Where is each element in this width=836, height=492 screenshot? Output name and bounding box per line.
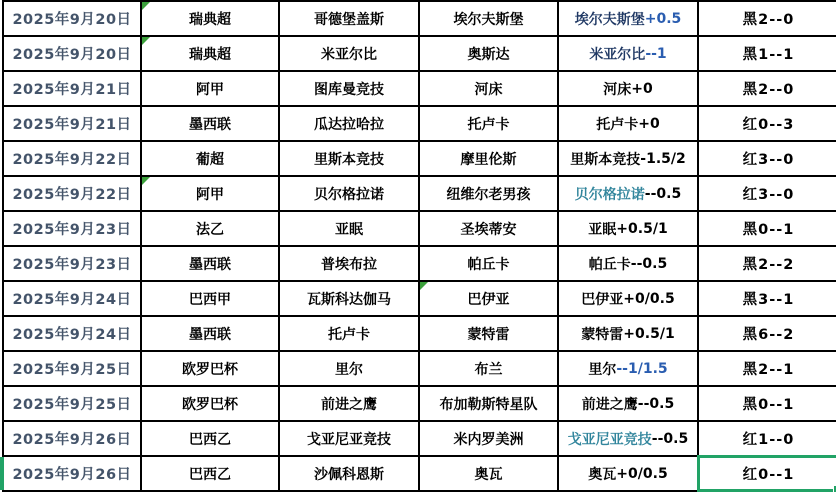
cell-text: 2025年9月20日 — [12, 8, 131, 29]
cell-text: 欧罗巴杯 — [182, 394, 238, 414]
cell-text: 托卢卡 — [328, 324, 370, 344]
cell-text: 2025年9月26日 — [12, 428, 131, 449]
home-team-cell[interactable]: 里尔 — [280, 352, 420, 387]
cell-text: --1/1.5 — [616, 361, 667, 377]
result-cell[interactable]: 黑2--2 — [699, 247, 836, 282]
home-team-cell[interactable]: 里斯本竞技 — [280, 142, 420, 177]
home-team-cell[interactable]: 戈亚尼亚竞技 — [280, 422, 420, 457]
cell-text: 2025年9月24日 — [12, 288, 131, 309]
cell-text: 哥德堡盖斯 — [314, 9, 384, 29]
cell-text: 红3--0 — [743, 183, 795, 204]
cell-text: 墨西联 — [189, 254, 231, 274]
cell-text: +0/0.5 — [623, 291, 674, 307]
spreadsheet-screen: 2025年9月20日瑞典超哥德堡盖斯埃尔夫斯堡埃尔夫斯堡+0.5黑2--0202… — [0, 0, 836, 492]
cell-flag-triangle-icon — [142, 177, 150, 185]
handicap-cell[interactable]: 贝尔格拉诺--0.5 — [559, 177, 699, 212]
cell-text: 瑞典超 — [189, 44, 231, 64]
date-cell[interactable]: 2025年9月20日 — [4, 37, 142, 72]
date-cell[interactable]: 2025年9月22日 — [4, 177, 142, 212]
cell-text: 黑6--2 — [743, 323, 795, 344]
result-cell[interactable]: 红0--3 — [699, 107, 836, 142]
cell-text: 红0--1 — [743, 463, 795, 484]
league-cell[interactable]: 巴西乙 — [142, 457, 280, 492]
cell-text: 图库曼竞技 — [314, 79, 384, 99]
away-team-cell[interactable]: 纽维尔老男孩 — [420, 177, 559, 212]
cell-text: 黑2--0 — [743, 78, 795, 99]
cell-text: 河床 — [603, 79, 631, 99]
cell-text: 黑3--1 — [743, 288, 795, 309]
home-team-cell[interactable]: 图库曼竞技 — [280, 72, 420, 107]
cell-text: 2025年9月25日 — [12, 358, 131, 379]
cell-text: 2025年9月21日 — [12, 78, 131, 99]
date-cell[interactable]: 2025年9月24日 — [4, 317, 142, 352]
cell-text: 奥瓦 — [475, 464, 503, 484]
cell-text: --1 — [645, 46, 666, 62]
handicap-cell[interactable]: 米亚尔比--1 — [559, 37, 699, 72]
cell-text: 瑞典超 — [189, 9, 231, 29]
away-team-cell[interactable]: 巴伊亚 — [420, 282, 559, 317]
cell-text: +0.5/1 — [623, 326, 674, 342]
cell-flag-triangle-icon — [142, 37, 150, 45]
cell-text: 里斯本竞技 — [314, 149, 384, 169]
cell-text: 托卢卡 — [468, 114, 510, 134]
handicap-cell[interactable]: 河床+0 — [559, 72, 699, 107]
cell-text: 巴伊亚 — [468, 289, 510, 309]
date-cell[interactable]: 2025年9月22日 — [4, 142, 142, 177]
home-team-cell[interactable]: 瓦斯科达伽马 — [280, 282, 420, 317]
league-cell[interactable]: 法乙 — [142, 212, 280, 247]
cell-text: 亚眠 — [335, 219, 363, 239]
cell-text: 2025年9月26日 — [12, 463, 131, 484]
cell-text: 阿甲 — [196, 79, 224, 99]
home-team-cell[interactable]: 前进之鹰 — [280, 387, 420, 422]
away-team-cell[interactable]: 奥斯达 — [420, 37, 559, 72]
cell-text: 前进之鹰 — [321, 394, 377, 414]
home-team-cell[interactable]: 米亚尔比 — [280, 37, 420, 72]
away-team-cell[interactable]: 布加勒斯特星队 — [420, 387, 559, 422]
away-team-cell[interactable]: 帕丘卡 — [420, 247, 559, 282]
result-cell[interactable]: 黑2--1 — [699, 352, 836, 387]
cell-text: 戈亚尼亚竞技 — [307, 429, 391, 449]
handicap-cell[interactable]: 里尔--1/1.5 — [559, 352, 699, 387]
cell-text: --0.5 — [652, 431, 688, 447]
cell-text: --0.5 — [638, 396, 674, 412]
cell-text: 里尔 — [588, 359, 616, 379]
handicap-cell[interactable]: 奥瓦+0/0.5 — [559, 457, 699, 492]
handicap-cell[interactable]: 托卢卡+0 — [559, 107, 699, 142]
league-cell[interactable]: 葡超 — [142, 142, 280, 177]
cell-text: 巴西甲 — [189, 289, 231, 309]
league-cell[interactable]: 瑞典超 — [142, 2, 280, 37]
cell-flag-triangle-icon — [142, 2, 150, 10]
cell-text: 黑2--0 — [743, 8, 795, 29]
cell-text: 2025年9月25日 — [12, 393, 131, 414]
cell-flag-triangle-icon — [420, 282, 428, 290]
cell-text: 普埃布拉 — [321, 254, 377, 274]
league-cell[interactable]: 墨西联 — [142, 317, 280, 352]
cell-text: 瓜达拉哈拉 — [314, 114, 384, 134]
cell-text: 托卢卡 — [596, 114, 638, 134]
league-cell[interactable]: 墨西联 — [142, 247, 280, 282]
home-team-cell[interactable]: 沙佩科恩斯 — [280, 457, 420, 492]
cell-text: 亚眠 — [588, 219, 616, 239]
league-cell[interactable]: 巴西乙 — [142, 422, 280, 457]
cell-text: 河床 — [475, 79, 503, 99]
cell-text: 巴伊亚 — [581, 289, 623, 309]
cell-text: +0.5 — [645, 11, 682, 27]
cell-text: 墨西联 — [189, 114, 231, 134]
cell-text: 2025年9月23日 — [12, 218, 131, 239]
cell-text: 法乙 — [196, 219, 224, 239]
cell-text: +0 — [638, 116, 659, 132]
league-cell[interactable]: 欧罗巴杯 — [142, 387, 280, 422]
cell-text: 阿甲 — [196, 184, 224, 204]
cell-text: 2025年9月24日 — [12, 323, 131, 344]
cell-text: 蒙特雷 — [468, 324, 510, 344]
cell-text: 帕丘卡 — [589, 254, 631, 274]
result-cell[interactable]: 黑2--0 — [699, 2, 836, 37]
cell-text: 墨西联 — [189, 324, 231, 344]
cell-text: 戈亚尼亚竞技 — [568, 429, 652, 449]
cell-text: 贝尔格拉诺 — [314, 184, 384, 204]
cell-text: --0.5 — [631, 256, 667, 272]
result-cell[interactable]: 黑6--2 — [699, 317, 836, 352]
handicap-cell[interactable]: 帕丘卡--0.5 — [559, 247, 699, 282]
row-selection-strip — [0, 457, 4, 490]
cell-text: 黑2--1 — [743, 358, 795, 379]
away-team-cell[interactable]: 奥瓦 — [420, 457, 559, 492]
date-cell[interactable]: 2025年9月21日 — [4, 107, 142, 142]
match-table: 2025年9月20日瑞典超哥德堡盖斯埃尔夫斯堡埃尔夫斯堡+0.5黑2--0202… — [2, 0, 836, 492]
result-cell[interactable]: 红3--0 — [699, 177, 836, 212]
away-team-cell[interactable]: 摩里伦斯 — [420, 142, 559, 177]
cell-text: 奥斯达 — [468, 44, 510, 64]
date-cell[interactable]: 2025年9月25日 — [4, 387, 142, 422]
handicap-cell[interactable]: 蒙特雷+0.5/1 — [559, 317, 699, 352]
cell-text: 2025年9月20日 — [12, 43, 131, 64]
result-cell[interactable]: 黑3--1 — [699, 282, 836, 317]
cell-text: 摩里伦斯 — [461, 149, 517, 169]
league-cell[interactable]: 墨西联 — [142, 107, 280, 142]
away-team-cell[interactable]: 蒙特雷 — [420, 317, 559, 352]
league-cell[interactable]: 阿甲 — [142, 177, 280, 212]
league-cell[interactable]: 瑞典超 — [142, 37, 280, 72]
result-cell[interactable]: 黑0--1 — [699, 212, 836, 247]
cell-text: 红0--3 — [743, 113, 795, 134]
home-team-cell[interactable]: 瓜达拉哈拉 — [280, 107, 420, 142]
cell-text: 布加勒斯特星队 — [440, 394, 538, 414]
home-team-cell[interactable]: 亚眠 — [280, 212, 420, 247]
cell-text: -1.5/2 — [640, 151, 685, 167]
date-cell[interactable]: 2025年9月26日 — [4, 457, 142, 492]
date-cell[interactable]: 2025年9月21日 — [4, 72, 142, 107]
home-team-cell[interactable]: 托卢卡 — [280, 317, 420, 352]
handicap-cell[interactable]: 巴伊亚+0/0.5 — [559, 282, 699, 317]
cell-text: 埃尔夫斯堡 — [575, 9, 645, 29]
away-team-cell[interactable]: 埃尔夫斯堡 — [420, 2, 559, 37]
cell-text: 里斯本竞技 — [570, 149, 640, 169]
cell-text: 瓦斯科达伽马 — [307, 289, 391, 309]
cell-text: 前进之鹰 — [582, 394, 638, 414]
home-team-cell[interactable]: 普埃布拉 — [280, 247, 420, 282]
cell-text: 葡超 — [196, 149, 224, 169]
cell-text: 红1--0 — [743, 428, 795, 449]
handicap-cell[interactable]: 里斯本竞技-1.5/2 — [559, 142, 699, 177]
cell-text: 黑1--1 — [743, 43, 795, 64]
away-team-cell[interactable]: 米内罗美洲 — [420, 422, 559, 457]
cell-text: +0 — [631, 81, 652, 97]
league-cell[interactable]: 阿甲 — [142, 72, 280, 107]
cell-text: 巴西乙 — [189, 429, 231, 449]
cell-text: 2025年9月23日 — [12, 253, 131, 274]
away-team-cell[interactable]: 圣埃蒂安 — [420, 212, 559, 247]
handicap-cell[interactable]: 亚眠+0.5/1 — [559, 212, 699, 247]
handicap-cell[interactable]: 前进之鹰 --0.5 — [559, 387, 699, 422]
cell-text: 纽维尔老男孩 — [447, 184, 531, 204]
home-team-cell[interactable]: 哥德堡盖斯 — [280, 2, 420, 37]
date-cell[interactable]: 2025年9月25日 — [4, 352, 142, 387]
date-cell[interactable]: 2025年9月24日 — [4, 282, 142, 317]
date-cell[interactable]: 2025年9月23日 — [4, 247, 142, 282]
cell-text: 圣埃蒂安 — [461, 219, 517, 239]
cell-text: 2025年9月21日 — [12, 113, 131, 134]
cell-text: 2025年9月22日 — [12, 148, 131, 169]
cell-text: 贝尔格拉诺 — [575, 184, 645, 204]
result-cell[interactable]: 黑1--1 — [699, 37, 836, 72]
handicap-cell[interactable]: 埃尔夫斯堡+0.5 — [559, 2, 699, 37]
cell-text: 欧罗巴杯 — [182, 359, 238, 379]
result-cell[interactable]: 红0--1 — [699, 457, 836, 492]
date-cell[interactable]: 2025年9月23日 — [4, 212, 142, 247]
handicap-cell[interactable]: 戈亚尼亚竞技--0.5 — [559, 422, 699, 457]
cell-text: 埃尔夫斯堡 — [454, 9, 524, 29]
cell-text: 布兰 — [475, 359, 503, 379]
cell-text: 黑0--1 — [743, 393, 795, 414]
result-cell[interactable]: 黑0--1 — [699, 387, 836, 422]
cell-text: 黑2--2 — [743, 253, 795, 274]
home-team-cell[interactable]: 贝尔格拉诺 — [280, 177, 420, 212]
cell-text: 米亚尔比 — [321, 44, 377, 64]
cell-text: 红3--0 — [743, 148, 795, 169]
cell-text: 奥瓦 — [588, 464, 616, 484]
result-cell[interactable]: 红3--0 — [699, 142, 836, 177]
cell-text: --0.5 — [645, 186, 681, 202]
cell-text: 黑0--1 — [743, 218, 795, 239]
cell-text: 2025年9月22日 — [12, 183, 131, 204]
result-cell[interactable]: 黑2--0 — [699, 72, 836, 107]
away-team-cell[interactable]: 布兰 — [420, 352, 559, 387]
league-cell[interactable]: 巴西甲 — [142, 282, 280, 317]
cell-text: 沙佩科恩斯 — [314, 464, 384, 484]
league-cell[interactable]: 欧罗巴杯 — [142, 352, 280, 387]
cell-text: 米亚尔比 — [589, 44, 645, 64]
cell-text: 巴西乙 — [189, 464, 231, 484]
cell-text: 帕丘卡 — [468, 254, 510, 274]
away-team-cell[interactable]: 托卢卡 — [420, 107, 559, 142]
date-cell[interactable]: 2025年9月20日 — [4, 2, 142, 37]
cell-text: 米内罗美洲 — [454, 429, 524, 449]
cell-text: 蒙特雷 — [581, 324, 623, 344]
date-cell[interactable]: 2025年9月26日 — [4, 422, 142, 457]
cell-text: +0/0.5 — [616, 466, 667, 482]
cell-text: 里尔 — [335, 359, 363, 379]
away-team-cell[interactable]: 河床 — [420, 72, 559, 107]
result-cell[interactable]: 红1--0 — [699, 422, 836, 457]
cell-text: +0.5/1 — [616, 221, 667, 237]
